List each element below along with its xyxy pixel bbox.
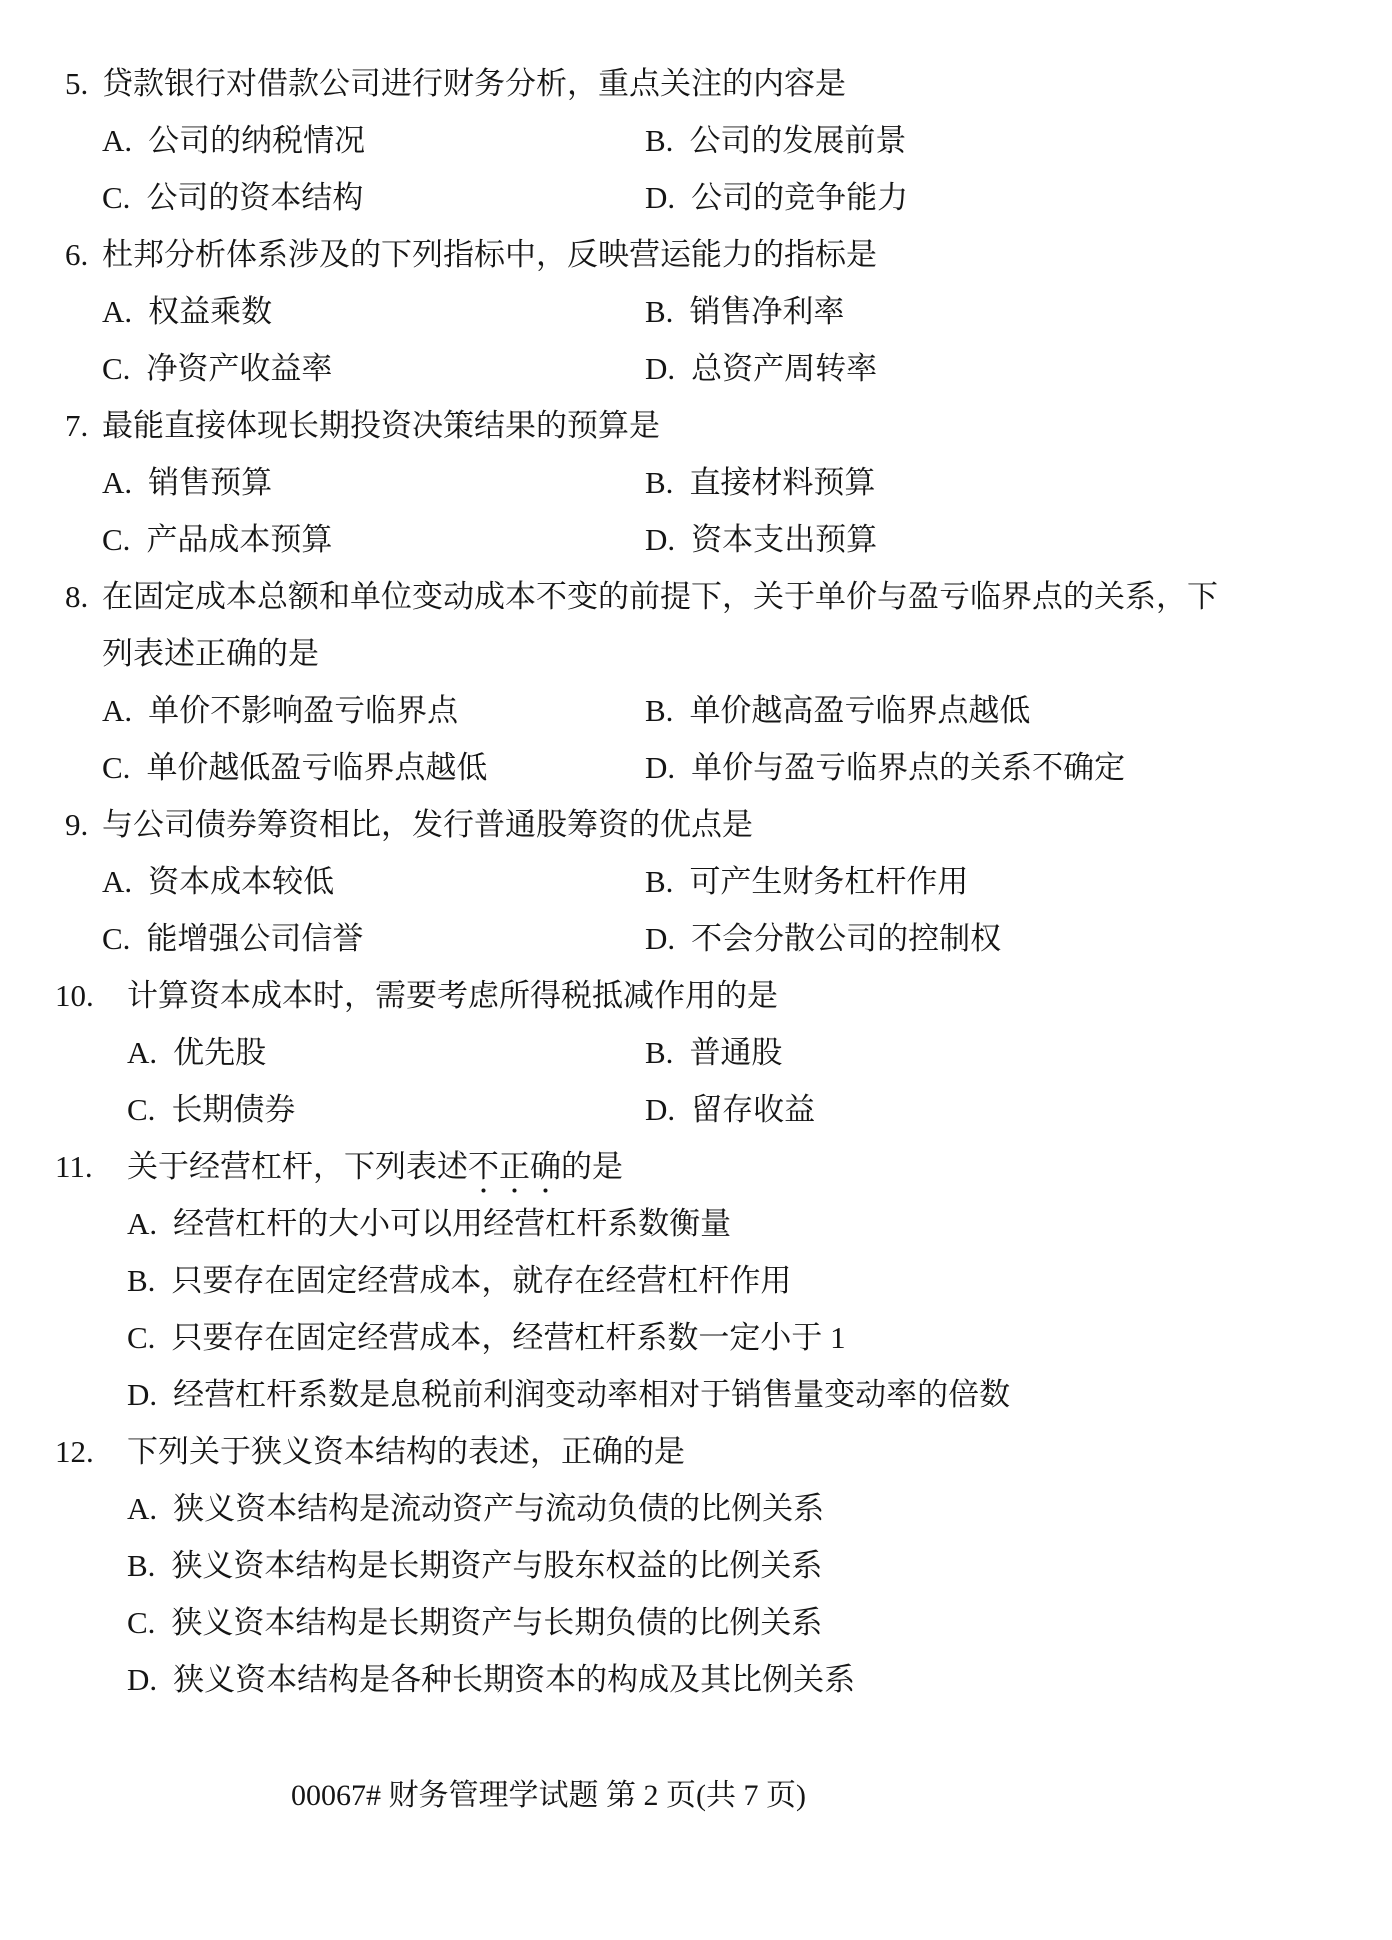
option-text: 单价不影响盈亏临界点 (148, 693, 458, 728)
question-10-options-row-1: A.优先股 B.普通股 (0, 1024, 1392, 1081)
option-label: B. (645, 682, 673, 739)
question-stem: 下列关于狭义资本结构的表述，正确的是 (127, 1423, 1392, 1480)
option-text: 能增强公司信誉 (146, 921, 363, 956)
option-text: 总资产周转率 (691, 351, 877, 386)
option-label: A. (102, 682, 132, 739)
question-number: 10. (55, 967, 127, 1024)
option-label: A. (102, 283, 132, 340)
option-label: C. (102, 169, 130, 226)
option-a: A.资本成本较低 (102, 853, 645, 910)
option-b: B.直接材料预算 (645, 454, 875, 511)
question-stem-emphasized: 不正确 (468, 1149, 561, 1194)
option-label: D. (127, 1651, 157, 1708)
question-12-option-d-row: D.狭义资本结构是各种长期资本的构成及其比例关系 (0, 1651, 1392, 1708)
option-text: 单价越高盈亏临界点越低 (689, 693, 1030, 728)
question-5: 5. 贷款银行对借款公司进行财务分析，重点关注的内容是 A.公司的纳税情况 B.… (0, 55, 1392, 226)
option-c: C.净资产收益率 (102, 340, 645, 397)
option-text: 优先股 (173, 1035, 266, 1070)
option-b: B.销售净利率 (645, 283, 844, 340)
question-6-options-row-2: C.净资产收益率 D.总资产周转率 (0, 340, 1392, 397)
page-footer: 00067# 财务管理学试题 第 2 页(共 7 页) (291, 1776, 1392, 1816)
option-label: D. (645, 739, 675, 796)
question-9-options-row-1: A.资本成本较低 B.可产生财务杠杆作用 (0, 853, 1392, 910)
question-stem: 关于经营杠杆，下列表述不正确的是 (127, 1138, 1392, 1195)
question-number: 7. (65, 397, 102, 454)
option-c: C.公司的资本结构 (102, 169, 645, 226)
question-12: 12. 下列关于狭义资本结构的表述，正确的是 A.狭义资本结构是流动资产与流动负… (0, 1423, 1392, 1708)
option-c: C.单价越低盈亏临界点越低 (102, 739, 645, 796)
option-label: A. (127, 1024, 157, 1081)
question-10-options-row-2: C.长期债券 D.留存收益 (0, 1081, 1392, 1138)
option-label: D. (645, 169, 675, 226)
question-6: 6. 杜邦分析体系涉及的下列指标中，反映营运能力的指标是 A.权益乘数 B.销售… (0, 226, 1392, 397)
question-number: 11. (55, 1138, 127, 1195)
question-6-options-row-1: A.权益乘数 B.销售净利率 (0, 283, 1392, 340)
question-stem-prefix: 关于经营杠杆，下列表述 (127, 1149, 468, 1184)
question-11-option-b-row: B.只要存在固定经营成本，就存在经营杠杆作用 (0, 1252, 1392, 1309)
question-8-options-row-1: A.单价不影响盈亏临界点 B.单价越高盈亏临界点越低 (0, 682, 1392, 739)
option-d: D.总资产周转率 (645, 340, 877, 397)
option-label: B. (645, 112, 673, 169)
option-text: 产品成本预算 (146, 522, 332, 557)
option-c: C.产品成本预算 (102, 511, 645, 568)
option-label: A. (102, 112, 132, 169)
question-number: 8. (65, 568, 102, 625)
option-a: A.单价不影响盈亏临界点 (102, 682, 645, 739)
option-label: B. (645, 853, 673, 910)
exam-page: 5. 贷款银行对借款公司进行财务分析，重点关注的内容是 A.公司的纳税情况 B.… (0, 0, 1392, 1940)
option-b: B.普通股 (645, 1024, 782, 1081)
option-d: D.经营杠杆系数是息税前利润变动率相对于销售量变动率的倍数 (127, 1366, 1392, 1423)
question-stem: 杜邦分析体系涉及的下列指标中，反映营运能力的指标是 (102, 226, 1392, 283)
option-text: 狭义资本结构是长期资产与长期负债的比例关系 (171, 1605, 822, 1640)
question-number: 12. (55, 1423, 127, 1480)
question-6-stem-row: 6. 杜邦分析体系涉及的下列指标中，反映营运能力的指标是 (0, 226, 1392, 283)
question-12-option-c-row: C.狭义资本结构是长期资产与长期负债的比例关系 (0, 1594, 1392, 1651)
question-stem: 计算资本成本时，需要考虑所得税抵减作用的是 (127, 967, 1392, 1024)
question-stem: 与公司债券筹资相比，发行普通股筹资的优点是 (102, 796, 1392, 853)
option-text: 单价越低盈亏临界点越低 (146, 750, 487, 785)
option-text: 公司的纳税情况 (148, 123, 365, 158)
question-11-option-c-row: C.只要存在固定经营成本，经营杠杆系数一定小于 1 (0, 1309, 1392, 1366)
option-d: D.留存收益 (645, 1081, 815, 1138)
option-a: A.公司的纳税情况 (102, 112, 645, 169)
question-12-option-b-row: B.狭义资本结构是长期资产与股东权益的比例关系 (0, 1537, 1392, 1594)
question-10-stem-row: 10. 计算资本成本时，需要考虑所得税抵减作用的是 (0, 967, 1392, 1024)
option-label: C. (102, 739, 130, 796)
option-c: C.只要存在固定经营成本，经营杠杆系数一定小于 1 (127, 1309, 1392, 1366)
question-11-stem-row: 11. 关于经营杠杆，下列表述不正确的是 (0, 1138, 1392, 1195)
option-text: 只要存在固定经营成本，就存在经营杠杆作用 (171, 1263, 791, 1298)
option-b: B.公司的发展前景 (645, 112, 906, 169)
question-11-option-d-row: D.经营杠杆系数是息税前利润变动率相对于销售量变动率的倍数 (0, 1366, 1392, 1423)
option-label: B. (127, 1252, 155, 1309)
option-a: A.销售预算 (102, 454, 645, 511)
option-label: C. (102, 340, 130, 397)
option-label: B. (127, 1537, 155, 1594)
question-5-options-row-1: A.公司的纳税情况 B.公司的发展前景 (0, 112, 1392, 169)
question-number: 9. (65, 796, 102, 853)
option-text: 权益乘数 (148, 294, 272, 329)
option-text: 公司的发展前景 (689, 123, 906, 158)
question-12-stem-row: 12. 下列关于狭义资本结构的表述，正确的是 (0, 1423, 1392, 1480)
option-text: 留存收益 (691, 1092, 815, 1127)
option-d: D.公司的竞争能力 (645, 169, 908, 226)
option-label: A. (102, 853, 132, 910)
question-stem-line-2: 列表述正确的是 (102, 625, 1392, 682)
option-label: A. (127, 1195, 157, 1252)
option-label: D. (645, 1081, 675, 1138)
question-7-options-row-2: C.产品成本预算 D.资本支出预算 (0, 511, 1392, 568)
option-b: B.只要存在固定经营成本，就存在经营杠杆作用 (127, 1252, 1392, 1309)
option-text: 只要存在固定经营成本，经营杠杆系数一定小于 1 (171, 1320, 845, 1355)
option-label: D. (645, 910, 675, 967)
option-text: 净资产收益率 (146, 351, 332, 386)
option-b: B.单价越高盈亏临界点越低 (645, 682, 1030, 739)
question-12-option-a-row: A.狭义资本结构是流动资产与流动负债的比例关系 (0, 1480, 1392, 1537)
option-b: B.狭义资本结构是长期资产与股东权益的比例关系 (127, 1537, 1392, 1594)
question-9-options-row-2: C.能增强公司信誉 D.不会分散公司的控制权 (0, 910, 1392, 967)
option-label: B. (645, 283, 673, 340)
option-text: 销售预算 (148, 465, 272, 500)
option-label: D. (645, 511, 675, 568)
question-stem: 贷款银行对借款公司进行财务分析，重点关注的内容是 (102, 55, 1392, 112)
question-5-stem-row: 5. 贷款银行对借款公司进行财务分析，重点关注的内容是 (0, 55, 1392, 112)
option-d: D.狭义资本结构是各种长期资本的构成及其比例关系 (127, 1651, 1392, 1708)
question-7-options-row-1: A.销售预算 B.直接材料预算 (0, 454, 1392, 511)
option-label: C. (102, 511, 130, 568)
question-8-stem-row: 8. 在固定成本总额和单位变动成本不变的前提下，关于单价与盈亏临界点的关系，下 … (0, 568, 1392, 682)
question-stem-suffix: 的是 (561, 1149, 623, 1184)
option-label: C. (127, 1309, 155, 1366)
option-text: 销售净利率 (689, 294, 844, 329)
option-text: 长期债券 (171, 1092, 295, 1127)
option-label: A. (102, 454, 132, 511)
option-d: D.资本支出预算 (645, 511, 877, 568)
option-label: D. (127, 1366, 157, 1423)
option-d: D.单价与盈亏临界点的关系不确定 (645, 739, 1125, 796)
question-7: 7. 最能直接体现长期投资决策结果的预算是 A.销售预算 B.直接材料预算 C.… (0, 397, 1392, 568)
option-a: A.优先股 (127, 1024, 645, 1081)
question-stem: 在固定成本总额和单位变动成本不变的前提下，关于单价与盈亏临界点的关系，下 列表述… (102, 568, 1392, 682)
option-text: 公司的竞争能力 (691, 180, 908, 215)
option-text: 经营杠杆系数是息税前利润变动率相对于销售量变动率的倍数 (173, 1377, 1010, 1412)
question-11: 11. 关于经营杠杆，下列表述不正确的是 A.经营杠杆的大小可以用经营杠杆系数衡… (0, 1138, 1392, 1423)
option-a: A.狭义资本结构是流动资产与流动负债的比例关系 (127, 1480, 1392, 1537)
option-label: C. (127, 1594, 155, 1651)
option-text: 公司的资本结构 (146, 180, 363, 215)
option-text: 资本支出预算 (691, 522, 877, 557)
option-text: 直接材料预算 (689, 465, 875, 500)
option-b: B.可产生财务杠杆作用 (645, 853, 968, 910)
option-text: 普通股 (689, 1035, 782, 1070)
question-10: 10. 计算资本成本时，需要考虑所得税抵减作用的是 A.优先股 B.普通股 C.… (0, 967, 1392, 1138)
option-text: 狭义资本结构是各种长期资本的构成及其比例关系 (173, 1662, 855, 1697)
option-c: C.狭义资本结构是长期资产与长期负债的比例关系 (127, 1594, 1392, 1651)
option-c: C.能增强公司信誉 (102, 910, 645, 967)
option-d: D.不会分散公司的控制权 (645, 910, 1001, 967)
option-label: B. (645, 1024, 673, 1081)
option-label: C. (102, 910, 130, 967)
question-stem: 最能直接体现长期投资决策结果的预算是 (102, 397, 1392, 454)
option-a: A.经营杠杆的大小可以用经营杠杆系数衡量 (127, 1195, 1392, 1252)
question-number: 5. (65, 55, 102, 112)
question-11-option-a-row: A.经营杠杆的大小可以用经营杠杆系数衡量 (0, 1195, 1392, 1252)
option-text: 单价与盈亏临界点的关系不确定 (691, 750, 1125, 785)
option-label: D. (645, 340, 675, 397)
question-9-stem-row: 9. 与公司债券筹资相比，发行普通股筹资的优点是 (0, 796, 1392, 853)
option-text: 经营杠杆的大小可以用经营杠杆系数衡量 (173, 1206, 731, 1241)
question-5-options-row-2: C.公司的资本结构 D.公司的竞争能力 (0, 169, 1392, 226)
option-text: 不会分散公司的控制权 (691, 921, 1001, 956)
option-a: A.权益乘数 (102, 283, 645, 340)
option-text: 狭义资本结构是长期资产与股东权益的比例关系 (171, 1548, 822, 1583)
question-8-options-row-2: C.单价越低盈亏临界点越低 D.单价与盈亏临界点的关系不确定 (0, 739, 1392, 796)
option-label: A. (127, 1480, 157, 1537)
option-label: C. (127, 1081, 155, 1138)
option-text: 可产生财务杠杆作用 (689, 864, 968, 899)
question-9: 9. 与公司债券筹资相比，发行普通股筹资的优点是 A.资本成本较低 B.可产生财… (0, 796, 1392, 967)
option-text: 狭义资本结构是流动资产与流动负债的比例关系 (173, 1491, 824, 1526)
question-7-stem-row: 7. 最能直接体现长期投资决策结果的预算是 (0, 397, 1392, 454)
question-number: 6. (65, 226, 102, 283)
option-text: 资本成本较低 (148, 864, 334, 899)
option-c: C.长期债券 (127, 1081, 645, 1138)
question-8: 8. 在固定成本总额和单位变动成本不变的前提下，关于单价与盈亏临界点的关系，下 … (0, 568, 1392, 796)
option-label: B. (645, 454, 673, 511)
question-stem-line-1: 在固定成本总额和单位变动成本不变的前提下，关于单价与盈亏临界点的关系，下 (102, 568, 1392, 625)
